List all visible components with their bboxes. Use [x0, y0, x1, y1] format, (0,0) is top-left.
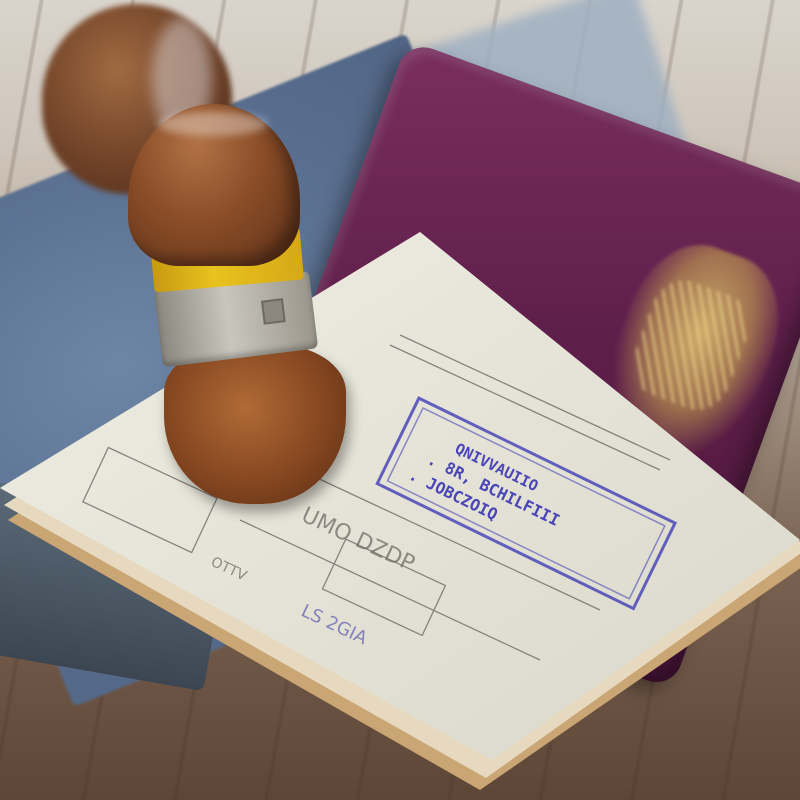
stamp-base — [164, 344, 346, 504]
photo-scene: UMO DZDP OTTV LS 2GIA QNIVVAUIIO . 8R, B… — [0, 0, 800, 800]
rubber-stamp — [126, 104, 346, 504]
stamped-document: UMO DZDP OTTV LS 2GIA QNIVVAUIIO . 8R, B… — [0, 0, 800, 800]
stamp-handle — [128, 104, 300, 266]
